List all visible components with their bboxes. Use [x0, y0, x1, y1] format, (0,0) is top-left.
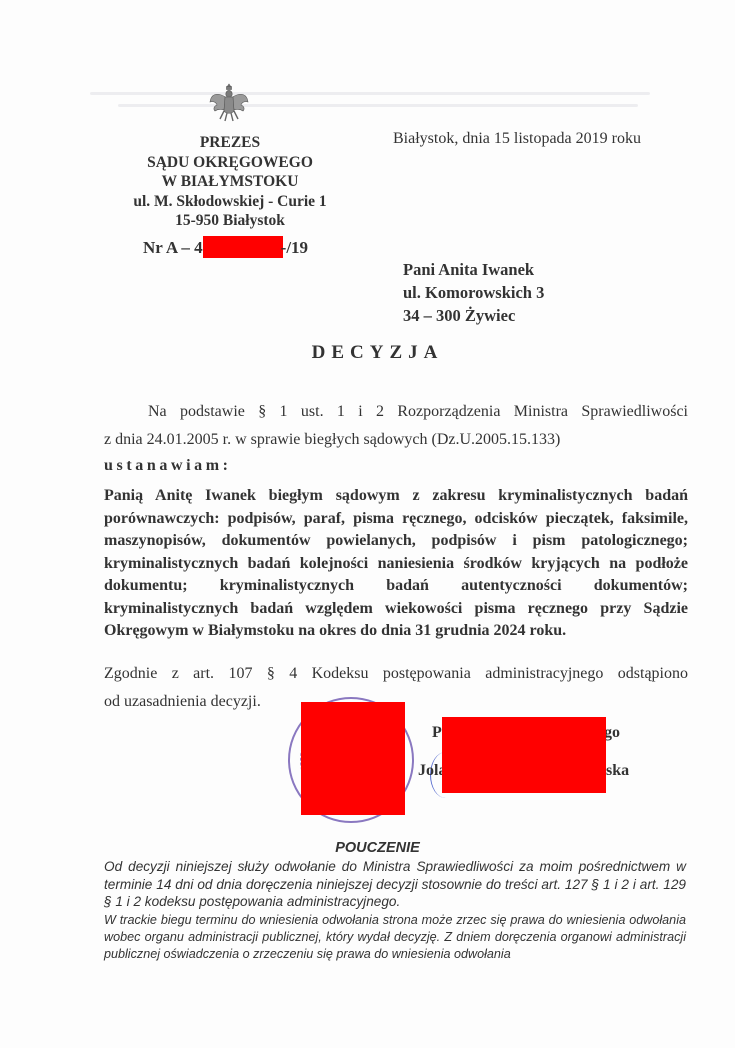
signatory-title-end: go: [604, 724, 620, 742]
instruction-paragraph: Od decyzji niniejszej służy odwołanie do…: [104, 858, 686, 911]
addressee-block: Pani Anita Iwanek ul. Komorowskich 3 34 …: [403, 258, 544, 327]
issuer-line: SĄDU OKRĘGOWEGO: [110, 153, 350, 173]
issuer-block: PREZES SĄDU OKRĘGOWEGO W BIAŁYMSTOKU ul.…: [110, 133, 350, 231]
instruction-text: Od decyzji niniejszej służy odwołanie do…: [104, 858, 686, 963]
legal-basis-paragraph: Na podstawie § 1 ust. 1 i 2 Rozporządzen…: [104, 398, 688, 454]
case-number-prefix: Nr A – 4: [143, 238, 203, 257]
signatory-name-end: ska: [606, 762, 629, 780]
instruction-paragraph: W trackie biegu terminu do wniesienia od…: [104, 912, 686, 963]
case-number: Nr A – 4-/19: [143, 236, 308, 258]
justification-line: Zgodnie z art. 107 § 4 Kodeksu postępowa…: [104, 660, 688, 688]
signatory-title-start: P: [432, 724, 442, 742]
instruction-title: POUCZENIE: [0, 840, 735, 856]
addressee-name: Pani Anita Iwanek: [403, 258, 544, 281]
polish-eagle-icon: [207, 80, 251, 124]
date-line: Białystok, dnia 15 listopada 2019 roku: [393, 130, 641, 148]
bleed-through-mark: [118, 104, 638, 107]
addressee-street: ul. Komorowskich 3: [403, 281, 544, 304]
legal-basis-line: z dnia 24.01.2005 r. w sprawie biegłych …: [104, 426, 688, 454]
stamp-redaction-box: [301, 702, 405, 815]
decision-text: Panią Anitę Iwanek biegłym sądowym z zak…: [104, 485, 688, 643]
issuer-line: 15-950 Białystok: [110, 211, 350, 231]
legal-basis-line: Na podstawie § 1 ust. 1 i 2 Rozporządzen…: [104, 398, 688, 426]
issuer-line: PREZES: [110, 133, 350, 153]
issuer-line: ul. M. Skłodowskiej - Curie 1: [110, 192, 350, 212]
redaction-box: [203, 236, 283, 258]
bleed-through-mark: [90, 92, 650, 95]
signatory-redaction-box: [442, 717, 606, 793]
document-title: DECYZJA: [0, 342, 735, 364]
establish-word: ustanawiam:: [104, 457, 232, 475]
addressee-city: 34 – 300 Żywiec: [403, 304, 544, 327]
issuer-line: W BIAŁYMSTOKU: [110, 172, 350, 192]
case-number-suffix: -/19: [281, 238, 308, 257]
